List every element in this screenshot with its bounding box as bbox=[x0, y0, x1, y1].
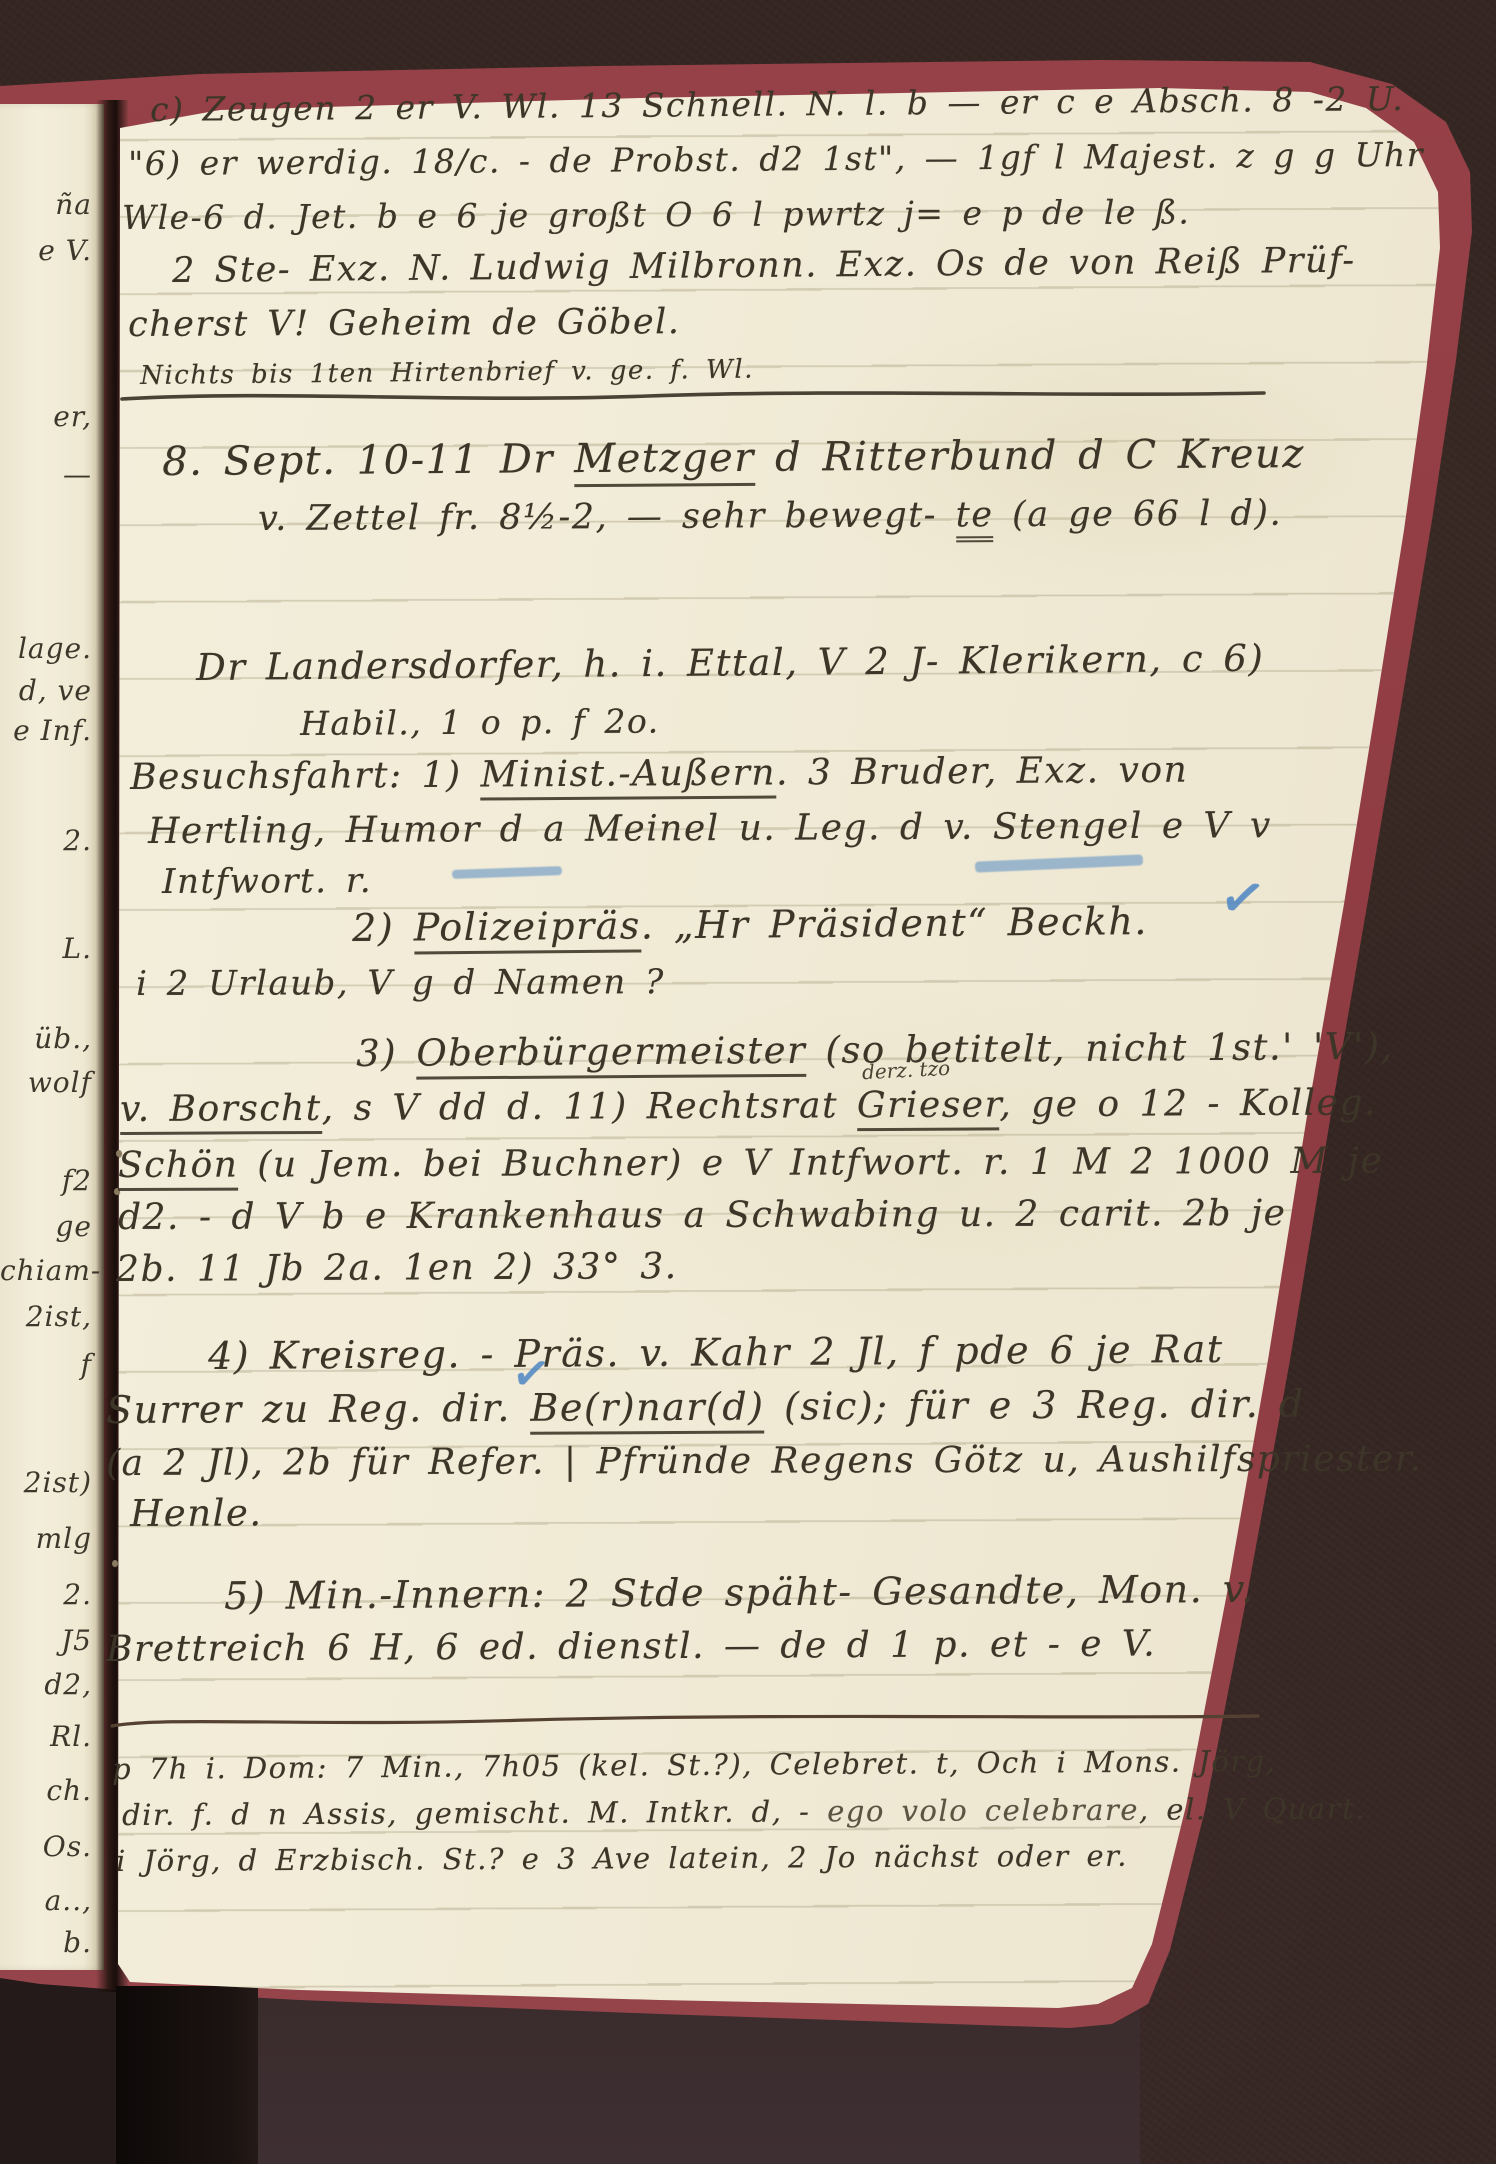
underlined-name: Be(r)nar(d) bbox=[530, 1385, 764, 1435]
margin-fragment: Os. bbox=[0, 1830, 92, 1863]
margin-fragment: ch. bbox=[0, 1774, 92, 1807]
spine-shadow bbox=[116, 1986, 258, 2164]
line-segment: Surrer zu Reg. dir. bbox=[106, 1386, 531, 1432]
margin-fragment: b. bbox=[0, 1926, 92, 1959]
handwritten-line: Surrer zu Reg. dir. Be(r)nar(d) (sic); f… bbox=[106, 1384, 1305, 1432]
margin-fragment: Rl. bbox=[0, 1720, 92, 1753]
line-segment: 2) bbox=[352, 905, 414, 950]
margin-fragment: mlg bbox=[0, 1522, 92, 1555]
superscript-annotation: derz. tzo bbox=[861, 1056, 950, 1085]
margin-fragment: f2 bbox=[0, 1164, 92, 1197]
line-segment: (u Jem. bei Buchner) e V Intfwort. r. 1 … bbox=[238, 1141, 1383, 1186]
handwritten-line: Besuchsfahrt: 1) Minist.-Außern. 3 Brude… bbox=[130, 751, 1188, 798]
handwritten-line: v. Zettel fr. 8½-2, — sehr bewegt- te (a… bbox=[258, 495, 1282, 539]
margin-fragment: wolf bbox=[0, 1066, 92, 1099]
margin-fragment: e V. bbox=[0, 234, 92, 267]
handwritten-line: Henle. bbox=[130, 1493, 263, 1534]
handwritten-line: dir. f. d n Assis, gemischt. M. Intkr. d… bbox=[122, 1793, 1366, 1831]
margin-fragment: d, ve bbox=[0, 674, 92, 707]
margin-fragment: J5 bbox=[0, 1624, 92, 1657]
handwritten-line: Hertling, Humor d a Meinel u. Leg. d v. … bbox=[148, 806, 1272, 851]
line-segment: d Ritterbund d C Kreuz bbox=[755, 431, 1305, 481]
margin-fragment: 2. bbox=[0, 824, 92, 857]
line-segment: . „Hr Präsident“ Beckh. bbox=[641, 899, 1148, 947]
margin-fragment: ge bbox=[0, 1210, 92, 1243]
latin-phrase: ego volo celebrare bbox=[827, 1793, 1139, 1829]
handwritten-line: d2. - d V b e Krankenhaus a Schwabing u.… bbox=[118, 1194, 1286, 1238]
margin-fragment: ña bbox=[0, 188, 92, 221]
handwritten-line: 5) Min.-Innern: 2 Stde späht- Gesandte, … bbox=[224, 1569, 1255, 1618]
margin-fragment: a.., bbox=[0, 1884, 92, 1917]
margin-fragment: d2, bbox=[0, 1668, 92, 1701]
underlined-name: Polizeipräs bbox=[414, 903, 641, 954]
handwritten-line: Intfwort. r. bbox=[162, 863, 372, 901]
handwritten-line: Habil., 1 o p. f 2o. bbox=[300, 703, 660, 742]
margin-fragment: lage. bbox=[0, 632, 92, 665]
underlined-name: Minist.-Außern bbox=[480, 752, 776, 800]
line-segment: (a ge 66 l d). bbox=[993, 494, 1282, 536]
handwritten-line: Wle-6 d. Jet. b e 6 je großt O 6 l pwrtz… bbox=[122, 194, 1190, 236]
handwritten-line: i Jörg, d Erzbisch. St.? e 3 Ave latein,… bbox=[116, 1841, 1128, 1878]
handwritten-line: 2b. 11 Jb 2a. 1en 2) 33° 3. bbox=[116, 1247, 678, 1290]
margin-fragment: 2ist, bbox=[0, 1300, 92, 1333]
handwritten-line: Brettreich 6 H, 6 ed. dienstl. — de d 1 … bbox=[106, 1625, 1156, 1670]
line-segment: v. Zettel fr. 8½-2, — sehr bewegt- bbox=[258, 495, 956, 539]
divider-stroke bbox=[108, 1710, 1263, 1732]
margin-fragment: chiam- bbox=[0, 1254, 92, 1287]
line-segment: 3) bbox=[356, 1032, 417, 1075]
underlined-name: v. Borscht bbox=[120, 1088, 322, 1135]
book-cover-bottom-left bbox=[0, 1968, 120, 2164]
underlined-name: Schön bbox=[118, 1145, 239, 1191]
margin-fragment: f bbox=[0, 1348, 92, 1381]
line-segment: , s V dd d. 11) Rechtsrat bbox=[322, 1085, 858, 1129]
line-segment: 8. Sept. 10-11 Dr bbox=[162, 436, 574, 485]
binding-hole bbox=[112, 1560, 118, 1567]
handwritten-line: (a 2 Jl), 2b für Refer. | Pfründe Regens… bbox=[106, 1439, 1422, 1483]
photograph-of-notebook: { "document": { "kind": "handwritten dia… bbox=[0, 0, 1496, 2164]
line-segment: . 3 Bruder, Exz. von bbox=[776, 750, 1188, 794]
margin-fragment: üb., bbox=[0, 1022, 92, 1055]
handwritten-line-date: 8. Sept. 10-11 Dr Metzger d Ritterbund d… bbox=[162, 432, 1305, 484]
underlined-name: Metzger bbox=[574, 435, 755, 487]
divider-stroke bbox=[118, 386, 1268, 406]
line-segment: (sic); für e 3 Reg. dir. d bbox=[764, 1382, 1304, 1429]
handwritten-line: 2) Polizeipräs. „Hr Präsident“ Beckh. bbox=[352, 901, 1148, 950]
handwritten-line: 4) Kreisreg. - Präs. v. Kahr 2 Jl, f pde… bbox=[208, 1329, 1224, 1378]
handdrawn-divider bbox=[118, 386, 1268, 406]
margin-fragment: e Inf. bbox=[0, 714, 92, 747]
handdrawn-divider bbox=[108, 1710, 1263, 1732]
handwritten-line: i 2 Urlaub, V g d Namen ? bbox=[136, 964, 665, 1003]
double-underlined-word: te bbox=[956, 495, 994, 542]
margin-fragment: 2. bbox=[0, 1578, 92, 1611]
handwritten-line: v. Borscht, s V dd d. 11) Rechtsrat Grie… bbox=[120, 1083, 1377, 1129]
line-segment: Besuchsfahrt: 1) bbox=[130, 755, 481, 798]
underlined-name: Grieser bbox=[857, 1084, 1000, 1131]
margin-fragment: er, bbox=[0, 400, 92, 433]
margin-fragment: 2ist) bbox=[0, 1466, 92, 1499]
underlined-name: Oberbürgermeister bbox=[416, 1029, 806, 1080]
margin-fragment: — bbox=[0, 458, 92, 491]
line-segment: , ge o 12 - Kolleg. bbox=[999, 1082, 1377, 1125]
margin-fragment: L. bbox=[0, 932, 92, 965]
line-segment: dir. f. d n Assis, gemischt. M. Intkr. d… bbox=[122, 1794, 827, 1832]
handwritten-line: cherst V! Geheim de Göbel. bbox=[128, 303, 681, 344]
handwritten-line: Schön (u Jem. bei Buchner) e V Intfwort.… bbox=[118, 1142, 1383, 1186]
line-segment: , el. V Quart. bbox=[1139, 1791, 1366, 1826]
